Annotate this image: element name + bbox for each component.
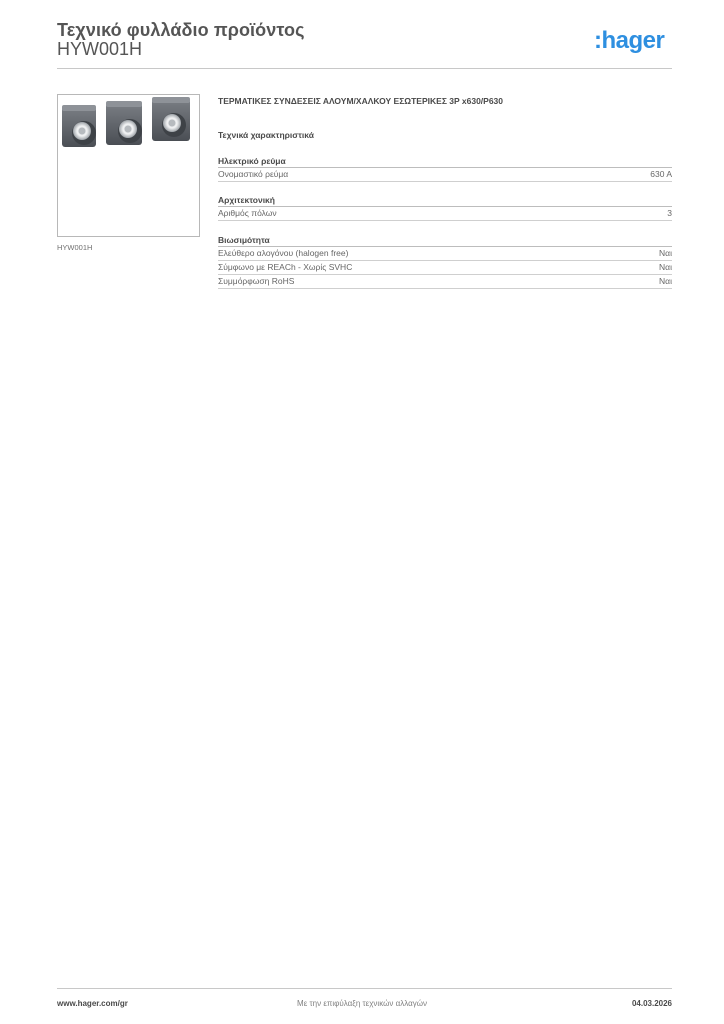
spec-value: Ναι: [659, 261, 672, 274]
spec-group-electrical: Ηλεκτρικό ρεύμα Ονομαστικό ρεύμα 630 A: [218, 155, 672, 182]
header-divider: [57, 68, 672, 69]
spec-label: Αριθμός πόλων: [218, 207, 277, 220]
spec-group-title: Βιωσιμότητα: [218, 234, 672, 247]
product-image: [57, 94, 200, 237]
spec-label: Συμμόρφωση RoHS: [218, 275, 294, 288]
spec-value: Ναι: [659, 275, 672, 288]
spec-value: 3: [667, 207, 672, 220]
terminal-connectors-illustration: [58, 95, 199, 236]
spec-value: 630 A: [650, 168, 672, 181]
spec-row: Ονομαστικό ρεύμα 630 A: [218, 168, 672, 182]
spec-group-architecture: Αρχιτεκτονική Αριθμός πόλων 3: [218, 194, 672, 221]
spec-row: Ελεύθερο αλογόνου (halogen free) Ναι: [218, 247, 672, 261]
footer-date: 04.03.2026: [632, 999, 672, 1008]
product-code: HYW001H: [57, 39, 142, 60]
spec-row: Σύμφωνο με REACh - Χωρίς SVHC Ναι: [218, 261, 672, 275]
specs-section-title: Τεχνικά χαρακτηριστικά: [218, 130, 314, 140]
footer-disclaimer: Με την επιφύλαξη τεχνικών αλλαγών: [0, 999, 724, 1008]
spec-group-title: Ηλεκτρικό ρεύμα: [218, 155, 672, 168]
spec-row: Συμμόρφωση RoHS Ναι: [218, 275, 672, 289]
spec-label: Ελεύθερο αλογόνου (halogen free): [218, 247, 348, 260]
hager-logo: :hager: [594, 27, 664, 55]
document-title: Τεχνικό φυλλάδιο προϊόντος: [57, 20, 305, 41]
image-caption: HYW001H: [57, 243, 92, 252]
footer-divider: [57, 988, 672, 989]
spec-group-title: Αρχιτεκτονική: [218, 194, 672, 207]
spec-value: Ναι: [659, 247, 672, 260]
spec-label: Ονομαστικό ρεύμα: [218, 168, 288, 181]
spec-group-sustainability: Βιωσιμότητα Ελεύθερο αλογόνου (halogen f…: [218, 234, 672, 289]
product-title: ΤΕΡΜΑΤΙΚΕΣ ΣΥΝΔΕΣΕΙΣ ΑΛΟΥΜ/ΧΑΛΚΟΥ ΕΣΩΤΕΡ…: [218, 96, 503, 106]
spec-label: Σύμφωνο με REACh - Χωρίς SVHC: [218, 261, 352, 274]
spec-row: Αριθμός πόλων 3: [218, 207, 672, 221]
